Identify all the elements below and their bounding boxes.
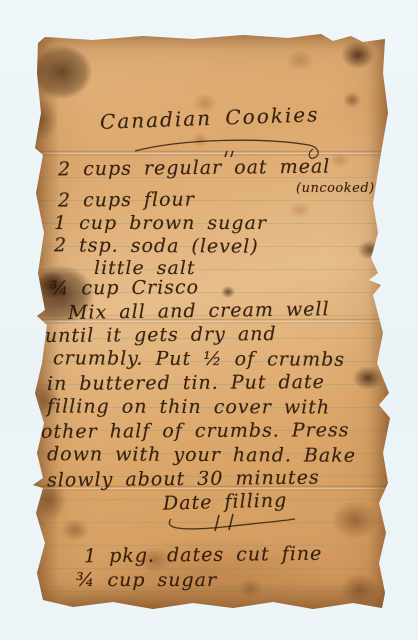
filling-ingredient-line: 1 pkg. dates cut fine	[84, 544, 323, 566]
instruction-line: until it gets dry and	[45, 324, 277, 346]
ingredient-line: 2 cups flour	[58, 190, 195, 211]
ingredient-line: 2 cups regular oat meal	[58, 157, 331, 180]
ingredient-line: 2 tsp. soda (level)	[54, 235, 259, 256]
scan-background: Canadian Cookies 2 cups regular oat meal…	[0, 0, 418, 640]
section-title-date-filling: Date filling	[163, 490, 288, 513]
recipe-paper: Canadian Cookies 2 cups regular oat meal…	[33, 33, 390, 612]
ingredient-line: little salt	[94, 258, 196, 278]
instruction-line: other half of crumbs. Press	[41, 420, 350, 442]
ingredient-note: (uncooked)	[296, 179, 375, 199]
filling-ingredient-line: ¾ cup sugar	[76, 570, 217, 590]
instruction-line: Mix all and cream well	[68, 299, 330, 323]
recipe-title: Canadian Cookies	[100, 104, 320, 132]
ingredient-line: ¾ cup Crisco	[50, 277, 199, 298]
instruction-line: in buttered tin. Put date	[47, 372, 325, 394]
instruction-line: filling on thin cover with	[47, 397, 330, 418]
ingredient-line: 1 cup brown sugar	[54, 213, 267, 233]
date-filling-underline-flourish-icon	[153, 511, 303, 537]
instruction-line: crumbly. Put ½ of crumbs	[53, 348, 345, 370]
instruction-line: down with your hand. Bake	[47, 444, 356, 466]
handwritten-content: Canadian Cookies 2 cups regular oat meal…	[33, 33, 390, 612]
instruction-line: slowly about 30 minutes	[47, 468, 320, 491]
